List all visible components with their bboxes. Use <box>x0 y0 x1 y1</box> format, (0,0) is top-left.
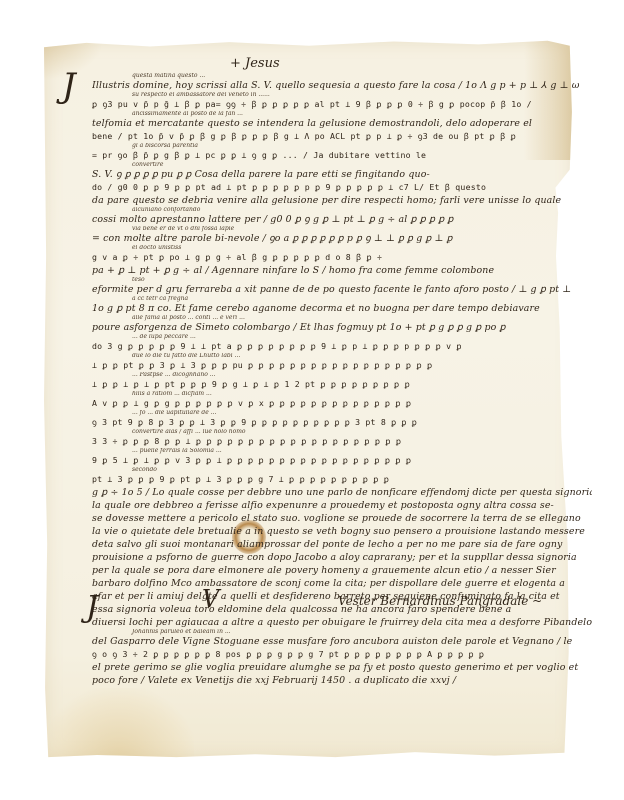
water-stain <box>44 688 194 760</box>
cipher-line: g v a ꝑ ÷ pt ꝑ po ⊥ g ꝑ g ÷ al ꞵ g ꝑ ꝑ ꝑ… <box>92 251 592 264</box>
text-line: 1o g ꝑ pt 8 π co. Et fame cerebo aganome… <box>92 302 592 315</box>
text-line: da pare questo se debria venire alla gel… <box>92 194 592 207</box>
text-line: S. V. ꝯ ꝑ ꝑ ꝑ ꝑ pu ꝑ ꝑ Cosa della parere… <box>92 168 592 181</box>
text-line: eformite per d gru ferrareba a xit panne… <box>92 283 592 296</box>
text-line: pa + ꝑ ⊥ pt + ꝑ g ÷ al / Agennare ninfar… <box>92 264 592 277</box>
text-line: del Gasparro dele Vigne Stoguane esse mu… <box>92 635 592 648</box>
cipher-line: = pr ꝯo ꞵ p̄ ꝑ g ꞵ ꝑ ⊥ pc ꝑ ꝑ ⊥ ꝯ g ꝑ ..… <box>92 149 592 162</box>
text-line: = con molte altre parole bi-nevole / ꝯo … <box>92 232 592 245</box>
cipher-line: 3 3 ÷ ꝑ ꝑ ꝑ 8 ꝑ ꝑ ⊥ ꝑ ꝑ ꝑ ꝑ ꝑ ꝑ ꝑ ꝑ ꝑ ꝑ … <box>92 435 592 448</box>
text-line: per la quale se pora dare elmonere ale p… <box>92 564 592 577</box>
margin-mark: J <box>86 590 98 625</box>
text-line: barbaro dolfino Mco ambassatore de sconj… <box>92 577 592 590</box>
text-line: diuersi lochi per agiaucaa a altre a que… <box>92 616 592 629</box>
cipher-line: A v ꝑ ꝑ ⊥ g ꝑ g ꝑ ꝑ ꝑ ꝑ ꝑ ꝑ v ꝑ x ꝑ ꝑ ꝑ … <box>92 397 592 410</box>
cipher-line: ⊥ ꝑ ꝑ ⊥ ꝑ ⊥ ꝑ pt ꝑ ꝑ ꝑ 9 ꝑ g ⊥ ꝑ ⊥ ꝑ 1 2… <box>92 378 592 391</box>
cipher-line: do / g0 0 ꝑ ꝑ 9 ꝑ ꝑ pt ad ⊥ pt ꝑ ꝑ ꝑ ꝑ ꝑ… <box>92 181 592 194</box>
text-line: poure asforgenza de Simeto colombargo / … <box>92 321 592 334</box>
text-line: poco fore / Valete ex Venetijs die xxj F… <box>92 674 592 687</box>
text-line: telfomia et mercatante questo se intende… <box>92 117 592 130</box>
text-line: prouisione a psforno de guerre con dopo … <box>92 551 592 564</box>
cipher-line: ꝯ 3 pt 9 ꝑ 8 ꝑ 3 ꝑ ꝑ ⊥ 3 ꝑ ꝑ 9 ꝑ ꝑ ꝑ ꝑ ꝑ… <box>92 416 592 429</box>
cipher-line: ꝑ ꝯ3 pu v p̄ p ḡ ⊥ ꞵ ꝑ pa= ꝯꝯ ÷ ꞵ ꝑ ꝑ ꝑ … <box>92 98 592 111</box>
text-line: la quale ore debbreo a ferisse alfio exp… <box>92 499 592 512</box>
closing-mark: V <box>202 585 219 613</box>
cipher-line: ⊥ ꝑ ꝑ pt ꝑ ꝑ 3 ꝑ ⊥ 3 ꝑ ꝑ ꝑ pu ꝑ ꝑ ꝑ ꝑ ꝑ … <box>92 359 592 372</box>
text-line: cossi molto aprestanno lattere per / g0 … <box>92 213 592 226</box>
cipher-line: 9 ꝑ 5 ⊥ ꝑ ⊥ ꝑ ꝑ v 3 ꝑ ꝑ ⊥ ꝑ ꝑ ꝑ ꝑ ꝑ ꝑ ꝑ … <box>92 454 592 467</box>
decorated-initial: J <box>62 66 76 106</box>
cipher-line: bene / pt 1o p̄ v p̄ ꝑ ꞵ g ꝑ ꞵ ꝑ ꝑ ꝑ ꞵ g… <box>92 130 592 143</box>
text-line: deta salvo gli suoi montanari aliampross… <box>92 538 592 551</box>
text-line: el prete gerimo se glie voglia preuidare… <box>92 661 592 674</box>
invocation-heading: + Jesus <box>230 56 280 71</box>
signature: Vester Bernardinus Pangradale ~ <box>338 594 542 608</box>
text-line: la vie o quietate dele bretualie a in qu… <box>92 525 592 538</box>
text-line: g ꝑ ÷ 1o 5 / Lo quale cosse per debbre u… <box>92 486 592 499</box>
text-line: Illustris domine, hoy scrissi alla S. V.… <box>92 79 592 92</box>
cipher-line: ꝯ o ꝯ 3 ÷ 2 ꝑ ꝑ ꝑ ꝑ ꝑ ꝑ 8 pos ꝑ ꝑ ꝑ g ꝑ … <box>92 648 592 661</box>
cipher-line: do 3 g ꝑ ꝑ ꝑ ꝑ ꝑ 9 ⊥ ⊥ pt a ꝑ ꝑ ꝑ ꝑ ꝑ ꝑ … <box>92 340 592 353</box>
cipher-line: pt ⊥ 3 ꝑ ꝑ ꝑ 9 ꝑ pt ꝑ ⊥ 3 ꝑ ꝑ ꝑ g 7 ⊥ ꝑ … <box>92 473 592 486</box>
text-line: se dovesse mettere a pericolo el stato s… <box>92 512 592 525</box>
